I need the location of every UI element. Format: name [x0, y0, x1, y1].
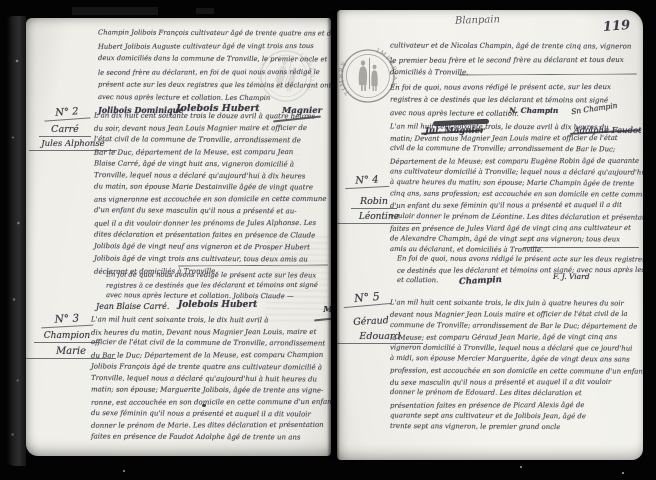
- left-page: TIMBRE IMPÉRIAL Champin Jolibois Françoi…: [26, 18, 331, 456]
- signature: N. Champin: [509, 106, 558, 115]
- act5-body-text: L'an mil huit cent soixante trois, le di…: [390, 298, 643, 434]
- folio-page-number: 119: [603, 18, 631, 35]
- svg-text:TIMBRE IMPÉRIAL: TIMBRE IMPÉRIAL: [339, 48, 397, 103]
- act1-closing-text: Champin Jolibois François cultivateur âg…: [98, 27, 331, 106]
- handwritten-line: commune de Tronville; arrondissement de …: [390, 320, 643, 333]
- running-title-script: Blanpain: [455, 14, 500, 27]
- act3-margin-number: N° 3: [41, 312, 94, 329]
- dust-speck: [123, 470, 125, 472]
- register-scan: TIMBRE IMPÉRIAL Champin Jolibois Françoi…: [0, 0, 656, 480]
- handwritten-line: L'an mil huit cent soixante trois, le do…: [390, 121, 643, 133]
- ink-blot: [202, 404, 206, 407]
- handwritten-line: à midi, son épouse Mercier Marguerite, â…: [390, 354, 643, 367]
- act4-margin-number: N° 4: [345, 174, 390, 189]
- act5-margin-number: N° 5: [342, 289, 391, 308]
- book-binding-edge: [6, 16, 26, 466]
- signature: Jolebois Hubert: [178, 300, 257, 310]
- handwritten-line: donner le prénom de Edouard. Les dites d…: [390, 387, 643, 400]
- handwritten-line: d'un enfant du sexe masculin qu'il nous …: [94, 205, 327, 218]
- registrar-rule-line: [523, 247, 639, 248]
- dust-speck: [622, 472, 624, 474]
- handwritten-line: civil de la commune de Tronville; arrond…: [390, 143, 643, 156]
- handwritten-line: deux domiciliés dans la commune de Tronv…: [98, 52, 331, 67]
- timbre-imperial-stamp: TIMBRE IMPÉRIAL: [339, 47, 397, 105]
- handwritten-line: profession, est accouchée en son domicil…: [390, 365, 643, 377]
- handwritten-line: Champin Jolibois François cultivateur âg…: [98, 26, 331, 40]
- scan-artifact-bar: [196, 8, 214, 14]
- act4-body-text: L'an mil huit cent soixante trois, le do…: [390, 122, 643, 256]
- handwritten-line: faites en présence de Faudot Adolphe âgé…: [91, 432, 331, 445]
- handwritten-line: Jolibois François âgé de trente quatre a…: [91, 361, 331, 374]
- handwritten-line: l'état civil de la commune de Tronville,…: [94, 134, 327, 147]
- handwritten-line: officier de l'état civil de la commune d…: [91, 337, 331, 350]
- handwritten-line: En foi de quoi, nous avons rédigé le pré…: [397, 253, 643, 265]
- handwritten-line: du matin, son épouse Marie Destainville …: [94, 182, 327, 195]
- handwritten-line: Blaise Carré, âgé de vingt huit ans, vig…: [94, 158, 327, 171]
- signature: Jean Blaise Carré.: [96, 302, 169, 311]
- handwritten-line: trente sept ans vigneron, le premier gra…: [390, 421, 643, 434]
- stamp-figures-icon: [359, 60, 378, 91]
- handwritten-line: L'an mil huit cent soixante trois, le di…: [91, 314, 331, 327]
- signature: F. J. Viard: [553, 272, 590, 281]
- act2-margin-number: N° 2: [44, 105, 91, 121]
- handwritten-line: cultivateur et de Nicolas Champin, âgé d…: [390, 39, 631, 54]
- handwritten-line: et collation.: [397, 275, 643, 287]
- handwritten-line: du sexe féminin qu'il nous a présenté et…: [91, 408, 331, 421]
- page-gutter-shadow: [327, 10, 340, 460]
- right-page: Blanpain 119 TIMBRE IMPÉRIAL cultivateur…: [337, 10, 643, 460]
- dust-speck: [520, 466, 522, 468]
- handwritten-line: Jolibois âgé de vingt neuf ans vigneron …: [94, 241, 327, 254]
- act4-closing-text: En foi de quoi, nous avons rédigé le pré…: [397, 254, 643, 286]
- handwritten-line: Bar le Duc, département de la Meuse, est…: [94, 147, 327, 160]
- handwritten-line: L'an dix huit cent soixante trois le dou…: [94, 110, 327, 123]
- scan-artifact-bar: [72, 7, 158, 15]
- handwritten-line: matin; son épouse; Marguerite Jolibois, …: [91, 385, 331, 398]
- act2-margin-surname: Carré: [39, 124, 91, 137]
- handwritten-line: L'an mil huit cent soixante trois, le di…: [390, 297, 643, 309]
- handwritten-line: vouloir donner le prénom de Léontine. Le…: [390, 211, 643, 224]
- act2-closing-text: En foi de quoi nous avons rédigé le prés…: [106, 270, 318, 301]
- act2-body-text: L'an dix huit cent soixante trois le dou…: [94, 111, 326, 278]
- act3-body-text: L'an mil huit cent soixante trois, le di…: [91, 315, 331, 444]
